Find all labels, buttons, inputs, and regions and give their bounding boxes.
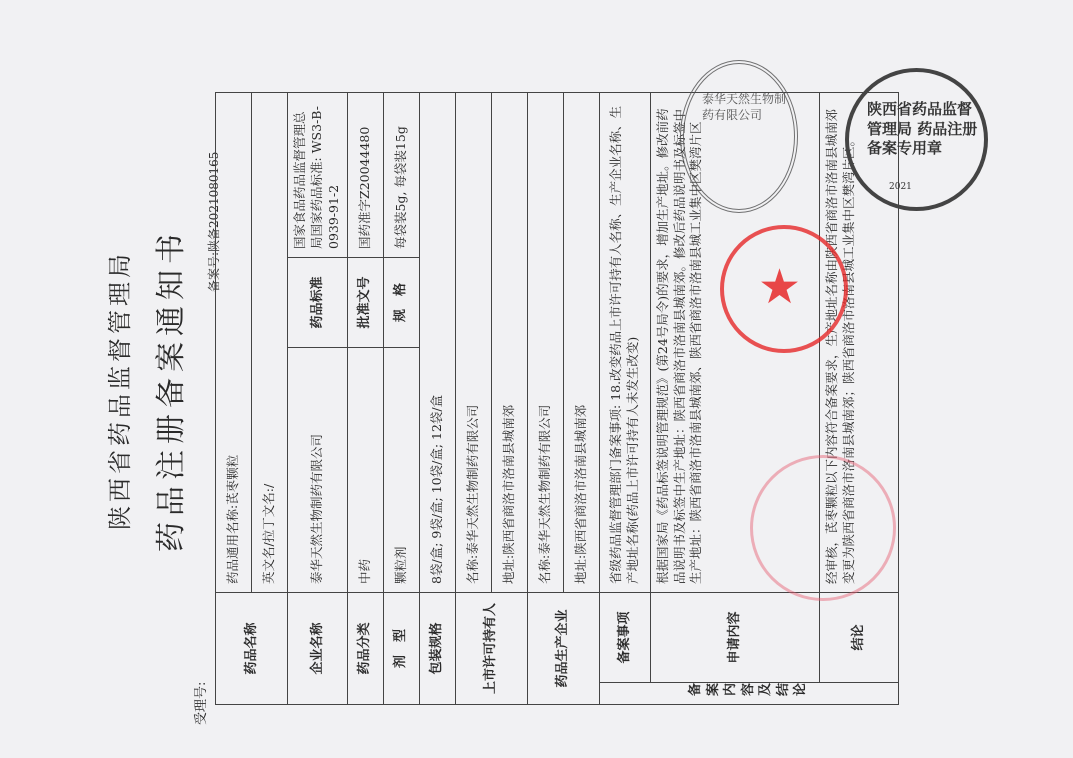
record-items-label: 备案事项 [599,592,650,682]
drug-standard-value: 国家食品药品监督管理总局国家药品标准: WS3-B-0939-91-2 [288,93,348,258]
specification-label: 规 格 [383,257,419,347]
conclusion-label: 结论 [819,592,898,682]
record-section-label: 备案内容及结论 [599,683,898,705]
drug-name-label: 药品名称 [216,592,288,704]
manufacturer-label: 药品生产企业 [527,592,599,704]
approval-no-label: 批准文号 [347,257,383,347]
company-label: 企业名称 [288,592,348,704]
document-page: 陕西省药品监督管理局 药品注册备案通知书 受理号: 备案号:陕备20210801… [80,40,1073,740]
category-value: 中药 [347,347,383,592]
mah-name: 名称:泰华天然生物制药有限公司 [455,93,491,593]
dosage-form-value: 颗粒剂 [383,347,419,592]
company-value: 泰华天然生物制药有限公司 [288,347,348,592]
generic-name: 药品通用名称:芪枣颗粒 [216,93,252,593]
conclusion-value: 经审核，芪枣颗粒以下内容符合备案要求，生产地址名称由陕西省商洛市洛南县城南郊变更… [819,93,898,593]
manufacturer-address: 地址:陕西省商洛市洛南县城南郊 [563,93,599,593]
registration-form-table: 药品名称 药品通用名称:芪枣颗粒 英文名/拉丁文名:/ 企业名称 泰华天然生物制… [215,92,899,705]
mah-address: 地址:陕西省商洛市洛南县城南郊 [491,93,527,593]
english-latin-name: 英文名/拉丁文名:/ [252,93,288,593]
approval-no-value: 国药准字Z20044480 [347,93,383,258]
mah-label: 上市许可持有人 [455,592,527,704]
dosage-form-label: 剂 型 [383,592,419,704]
manufacturer-name: 名称:泰华天然生物制药有限公司 [527,93,563,593]
packaging-value: 8袋/盒; 9袋/盒; 10袋/盒; 12袋/盒 [419,93,455,593]
application-label: 申请内容 [650,592,819,682]
document-title: 药品注册备案通知书 [146,40,190,740]
category-label: 药品分类 [347,592,383,704]
agency-name: 陕西省药品监督管理局 [100,40,135,740]
packaging-label: 包装规格 [419,592,455,704]
acceptance-number-label: 受理号: [190,682,209,725]
drug-standard-label: 药品标准 [288,257,348,347]
application-value: 根据国家局《药品标签说明管理规范》(第24号局令)的要求，增加生产地址。修改前药… [650,93,819,593]
specification-value: 每袋装5g, 每袋装15g [383,93,419,258]
record-items-value: 省级药品监督管理部门备案事项: 18.改变药品上市许可持有人名称、生产企业名称、… [599,93,650,593]
